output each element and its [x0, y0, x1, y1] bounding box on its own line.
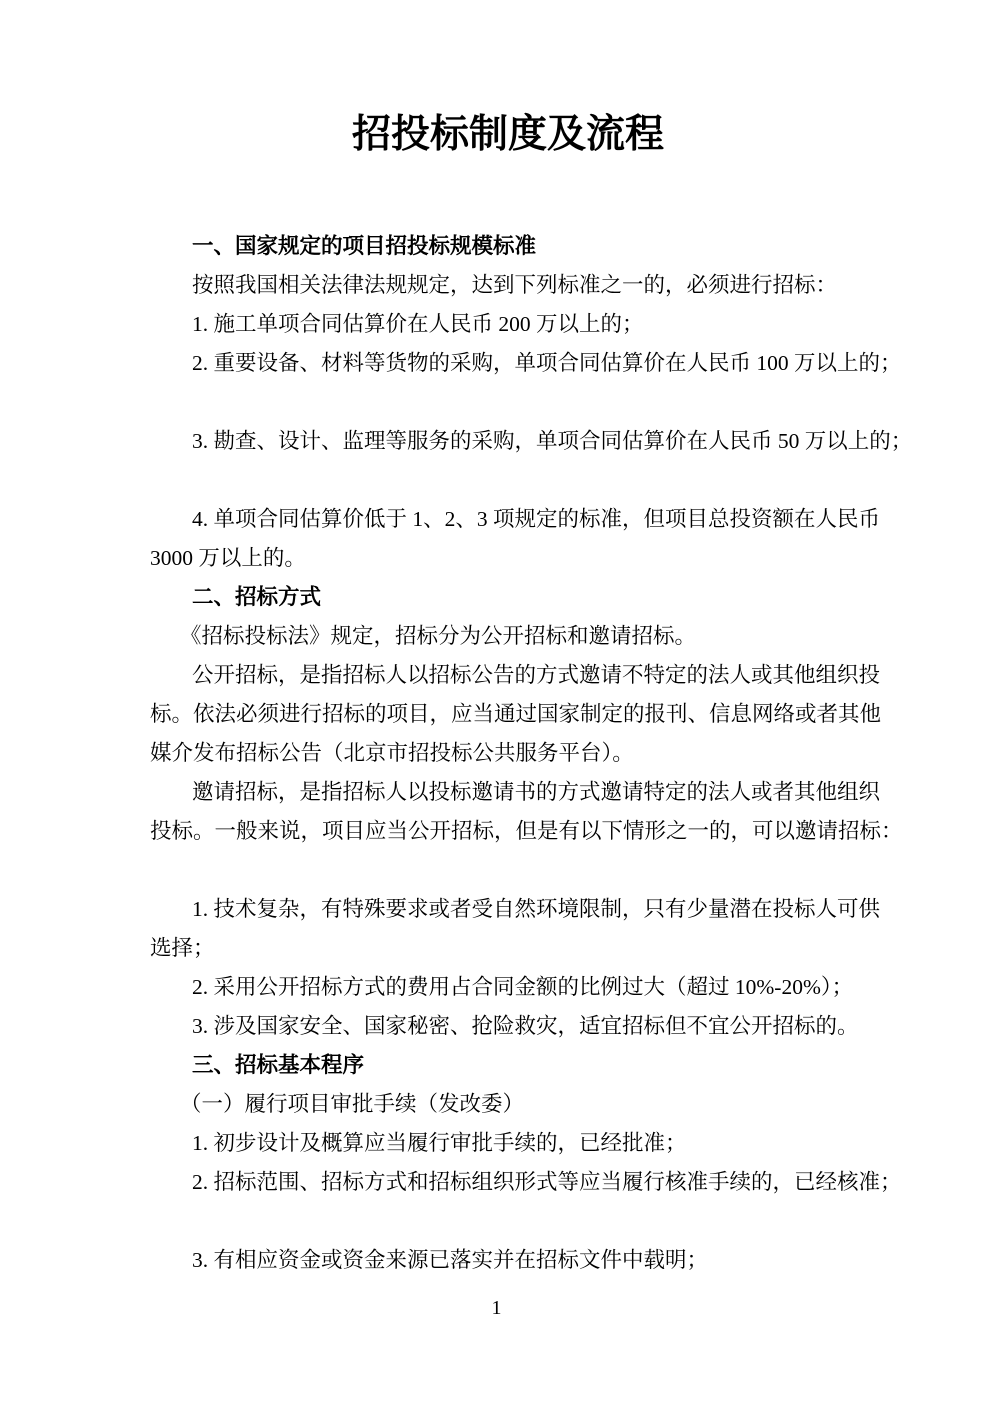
- page-number: 1: [0, 1296, 993, 1320]
- text-line: 3. 有相应资金或资金来源已落实并在招标文件中载明；: [150, 1241, 866, 1280]
- text-line: 媒介发布招标公告（北京市招投标公共服务平台）。: [150, 734, 866, 773]
- text-line: 2. 招标范围、招标方式和招标组织形式等应当履行核准手续的，已经核准；: [150, 1163, 866, 1202]
- text-line: 2. 采用公开招标方式的费用占合同金额的比例过大（超过 10%-20%）；: [150, 968, 866, 1007]
- text-line: 1. 初步设计及概算应当履行审批手续的，已经批准；: [150, 1124, 866, 1163]
- text-line: 二、招标方式: [150, 578, 866, 617]
- text-line: 3. 涉及国家安全、国家秘密、抢险救灾，适宜招标但不宜公开招标的。: [150, 1007, 866, 1046]
- text-line: 公开招标，是指招标人以招标公告的方式邀请不特定的法人或其他组织投: [150, 656, 866, 695]
- text-line: 3000 万以上的。: [150, 539, 866, 578]
- text-line: 邀请招标，是指招标人以投标邀请书的方式邀请特定的法人或者其他组织: [150, 773, 866, 812]
- text-line: 三、招标基本程序: [150, 1046, 866, 1085]
- blank-line: [150, 1202, 866, 1241]
- document-page: 招投标制度及流程 一、国家规定的项目招投标规模标准按照我国相关法律法规规定，达到…: [0, 0, 993, 1404]
- text-line: 选择；: [150, 929, 866, 968]
- text-line: 3. 勘查、设计、监理等服务的采购，单项合同估算价在人民币 50 万以上的；: [150, 422, 866, 461]
- body-lines: 一、国家规定的项目招投标规模标准按照我国相关法律法规规定，达到下列标准之一的，必…: [150, 227, 866, 1280]
- text-line: 1. 技术复杂，有特殊要求或者受自然环境限制，只有少量潜在投标人可供: [150, 890, 866, 929]
- text-line: 投标。一般来说，项目应当公开招标，但是有以下情形之一的，可以邀请招标：: [150, 812, 866, 851]
- text-line: 《招标投标法》规定，招标分为公开招标和邀请招标。: [150, 617, 866, 656]
- text-line: 标。依法必须进行招标的项目，应当通过国家制定的报刊、信息网络或者其他: [150, 695, 866, 734]
- blank-line: [150, 383, 866, 422]
- text-line: 4. 单项合同估算价低于 1、2、3 项规定的标准，但项目总投资额在人民币: [150, 500, 866, 539]
- text-line: 按照我国相关法律法规规定，达到下列标准之一的，必须进行招标：: [150, 266, 866, 305]
- text-line: 一、国家规定的项目招投标规模标准: [150, 227, 866, 266]
- blank-line: [150, 851, 866, 890]
- text-line: 2. 重要设备、材料等货物的采购，单项合同估算价在人民币 100 万以上的；: [150, 344, 866, 383]
- blank-line: [150, 461, 866, 500]
- document-title: 招投标制度及流程: [150, 112, 866, 158]
- text-line: （一）履行项目审批手续（发改委）: [150, 1085, 866, 1124]
- text-line: 1. 施工单项合同估算价在人民币 200 万以上的；: [150, 305, 866, 344]
